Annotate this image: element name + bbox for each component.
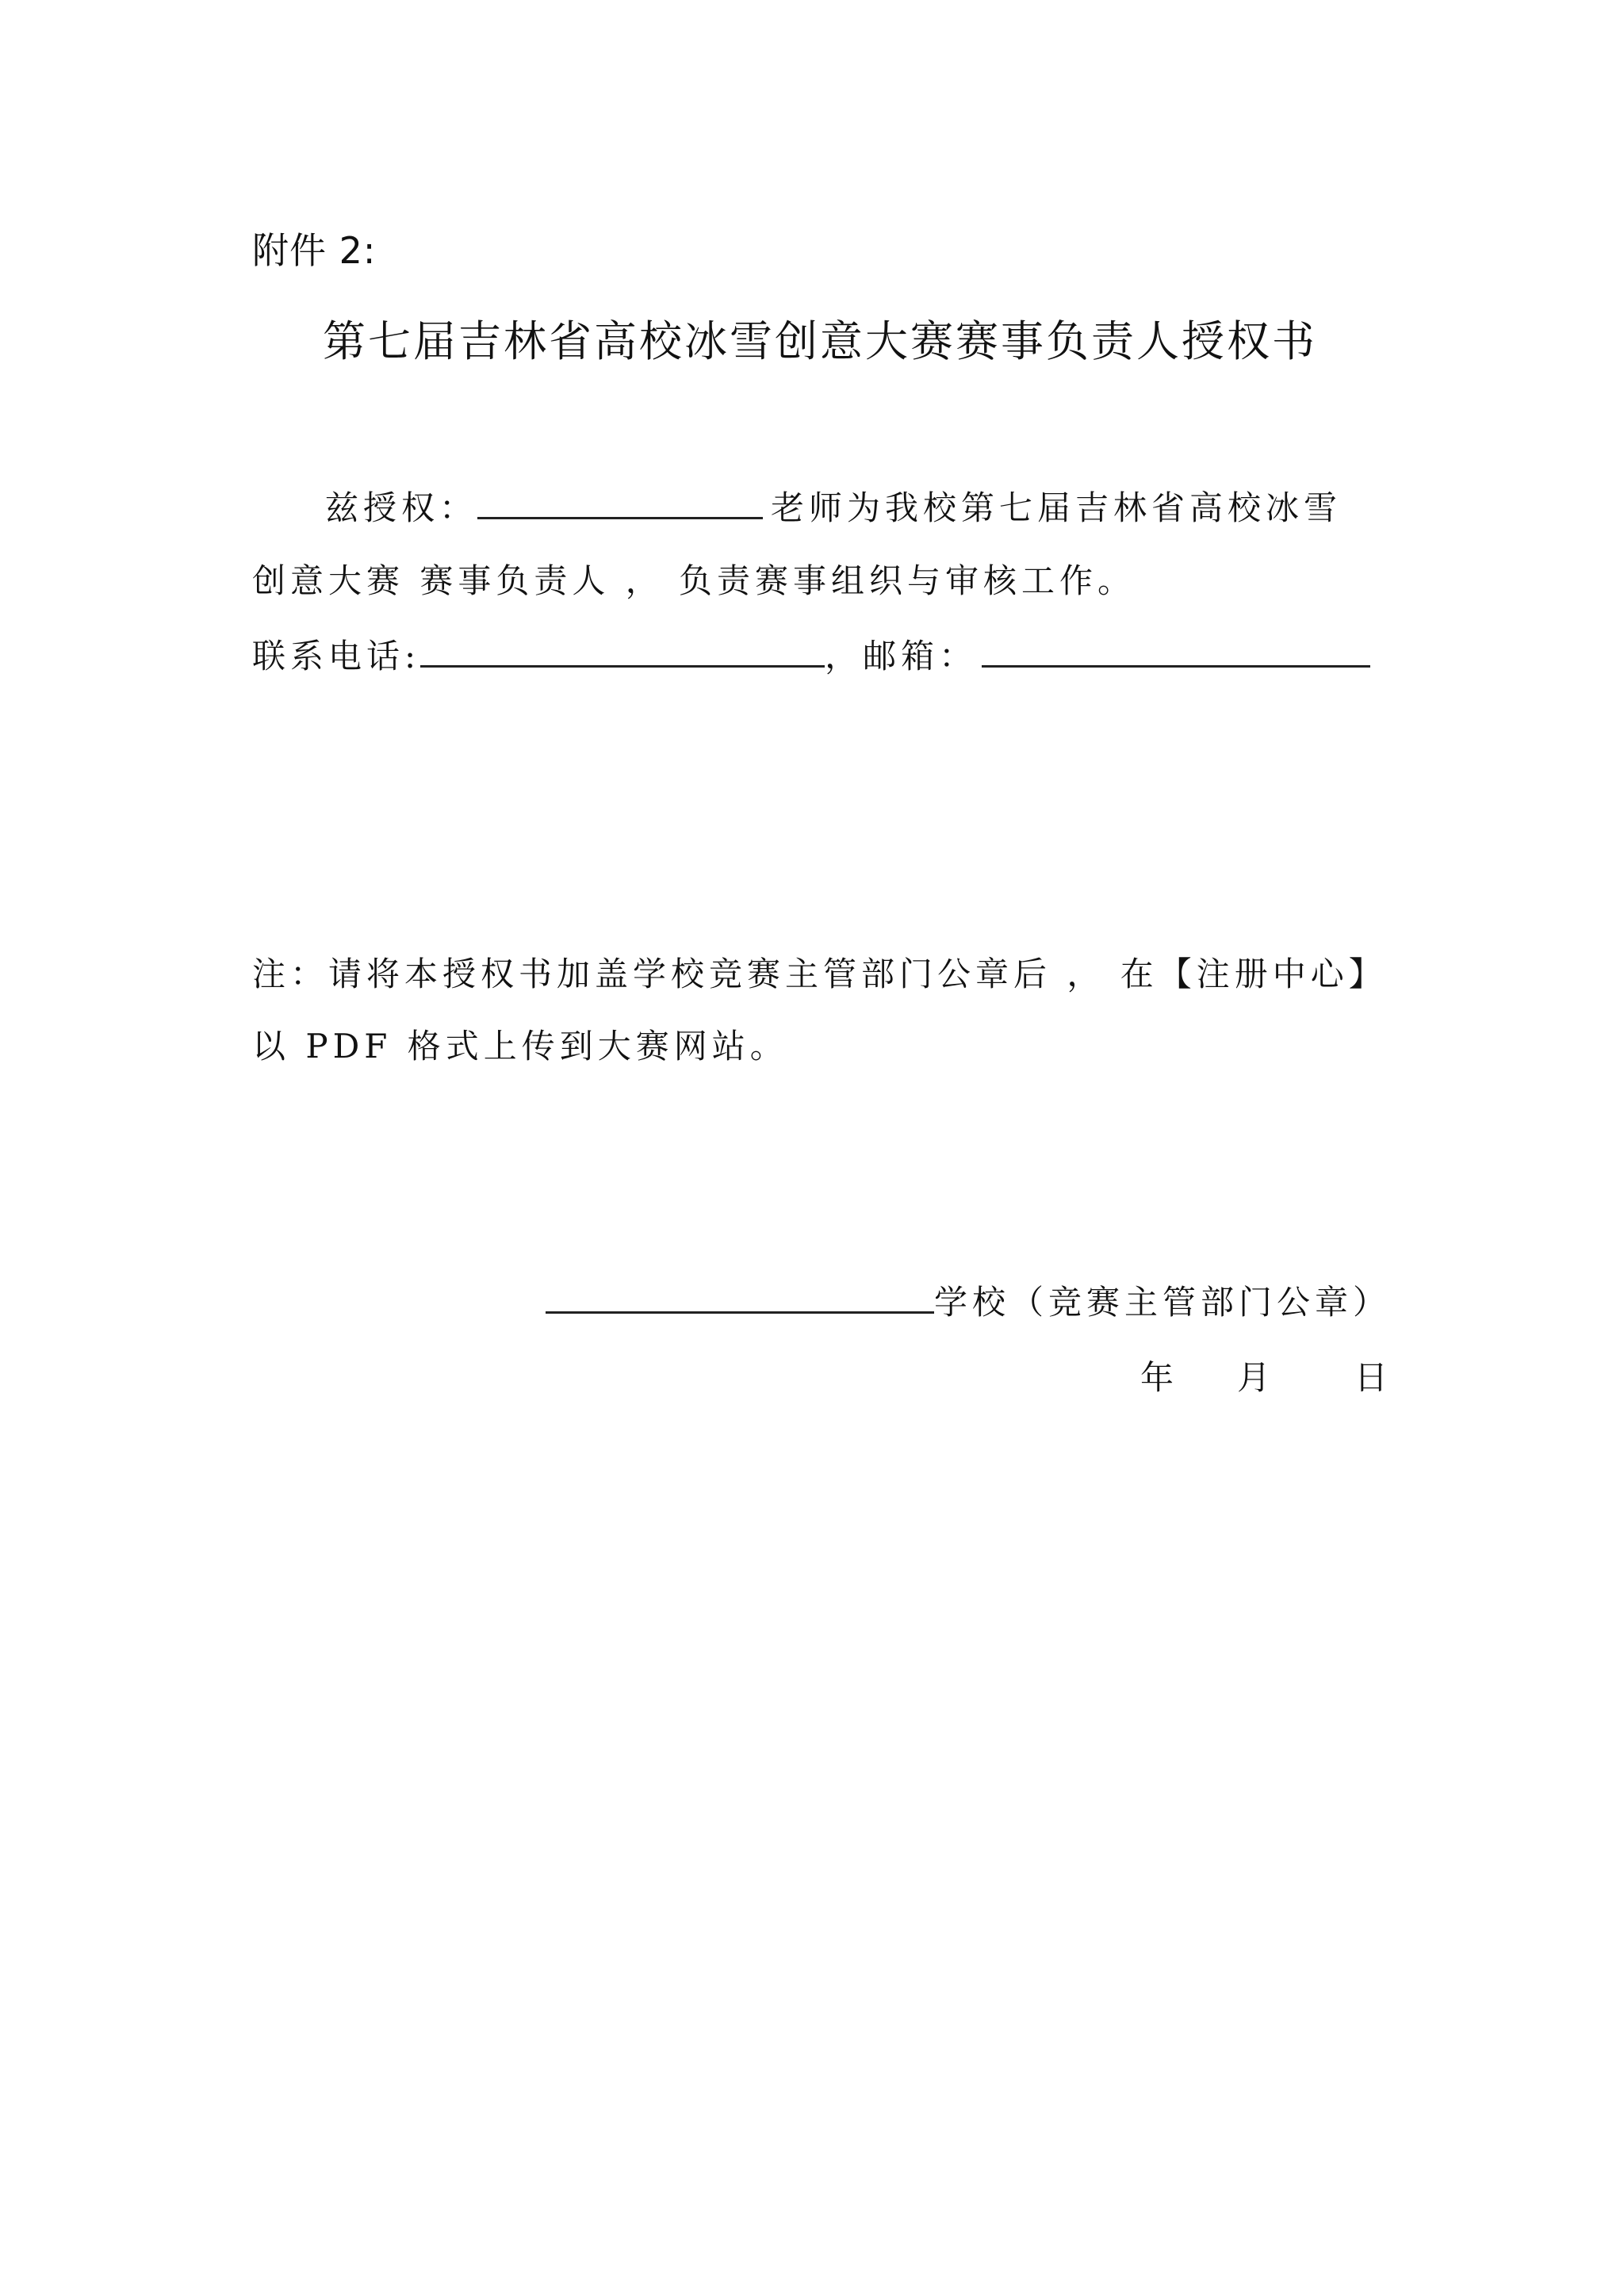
date-day: 日: [1354, 1358, 1392, 1397]
date-line: 年月日: [1140, 1352, 1392, 1399]
contact-line: 联系电话:，邮箱：: [252, 630, 1370, 678]
signature-line: 学校（竞赛主管部门公章）: [546, 1276, 1391, 1324]
authorization-line-1: 兹授权：老师为我校第七届吉林省高校冰雪: [325, 482, 1342, 530]
phone-blank[interactable]: [420, 664, 825, 668]
document-title: 第七届吉林省高校冰雪创意大赛赛事负责人授权书: [0, 308, 1624, 369]
attachment-label: 附件 2:: [252, 222, 376, 274]
note-line-2: 以 PDF 格式上传到大赛网站。: [252, 1020, 788, 1068]
authorization-line-1-suffix: 老师为我校第七届吉林省高校冰雪: [771, 488, 1342, 527]
contact-separator: ，: [825, 637, 863, 675]
date-year: 年: [1140, 1358, 1178, 1397]
email-label: 邮箱：: [863, 637, 977, 675]
note-line-1: 注：请将本授权书加盖学校竞赛主管部门公章后 ， 在【注册中心】: [252, 948, 1387, 996]
date-month: 月: [1237, 1358, 1275, 1397]
school-seal-label: 学校（竞赛主管部门公章）: [934, 1283, 1391, 1322]
school-name-blank[interactable]: [546, 1311, 934, 1314]
authorization-prefix: 兹授权：: [325, 488, 477, 527]
email-blank[interactable]: [982, 664, 1370, 668]
authorization-line-2: 创意大赛 赛事负责人 ， 负责赛事组织与审核工作。: [252, 555, 1136, 603]
teacher-name-blank[interactable]: [477, 516, 763, 519]
phone-label: 联系电话:: [252, 637, 420, 675]
